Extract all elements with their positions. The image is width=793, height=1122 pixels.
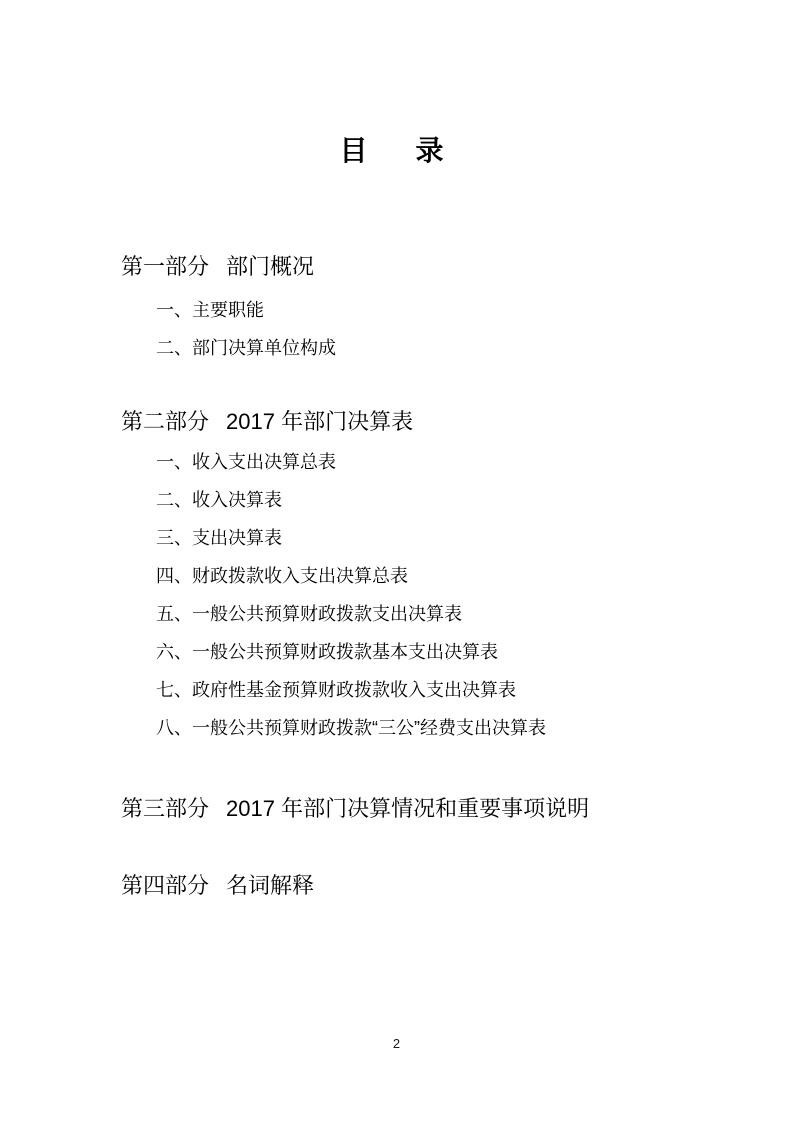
toc-part-title: 名词解释 (226, 873, 314, 898)
table-of-contents: 第一部分部门概况 一、主要职能 二、部门决算单位构成 第二部分2017 年部门决… (0, 252, 793, 901)
toc-section-heading-1: 第一部分部门概况 (121, 252, 733, 282)
toc-item: 二、部门决算单位构成 (156, 329, 733, 367)
toc-section-heading-4: 第四部分名词解释 (121, 871, 733, 901)
toc-part-title: 2017 年部门决算情况和重要事项说明 (226, 796, 589, 821)
toc-part-label: 第三部分 (121, 796, 209, 821)
toc-section-heading-2: 第二部分2017 年部门决算表 (121, 407, 733, 437)
toc-item: 六、一般公共预算财政拨款基本支出决算表 (156, 633, 733, 671)
page-number: 2 (0, 1036, 793, 1052)
toc-items-section-1: 一、主要职能 二、部门决算单位构成 (121, 291, 733, 367)
toc-part-label: 第一部分 (121, 254, 209, 279)
toc-part-title: 2017 年部门决算表 (226, 409, 413, 434)
toc-item: 四、财政拨款收入支出决算总表 (156, 557, 733, 595)
toc-item: 七、政府性基金预算财政拨款收入支出决算表 (156, 671, 733, 709)
toc-section-heading-3: 第三部分2017 年部门决算情况和重要事项说明 (121, 794, 733, 824)
toc-item: 五、一般公共预算财政拨款支出决算表 (156, 595, 733, 633)
toc-item: 二、收入决算表 (156, 481, 733, 519)
toc-item: 三、支出决算表 (156, 519, 733, 557)
doc-title: 目 录 (0, 0, 793, 168)
toc-part-title: 部门概况 (226, 254, 314, 279)
document-page: 目 录 第一部分部门概况 一、主要职能 二、部门决算单位构成 第二部分2017 … (0, 0, 793, 1122)
toc-item: 一、收入支出决算总表 (156, 443, 733, 481)
toc-part-label: 第四部分 (121, 873, 209, 898)
toc-item: 一、主要职能 (156, 291, 733, 329)
toc-items-section-2: 一、收入支出决算总表 二、收入决算表 三、支出决算表 四、财政拨款收入支出决算总… (121, 443, 733, 747)
toc-item: 八、一般公共预算财政拨款“三公”经费支出决算表 (156, 709, 733, 747)
toc-part-label: 第二部分 (121, 409, 209, 434)
